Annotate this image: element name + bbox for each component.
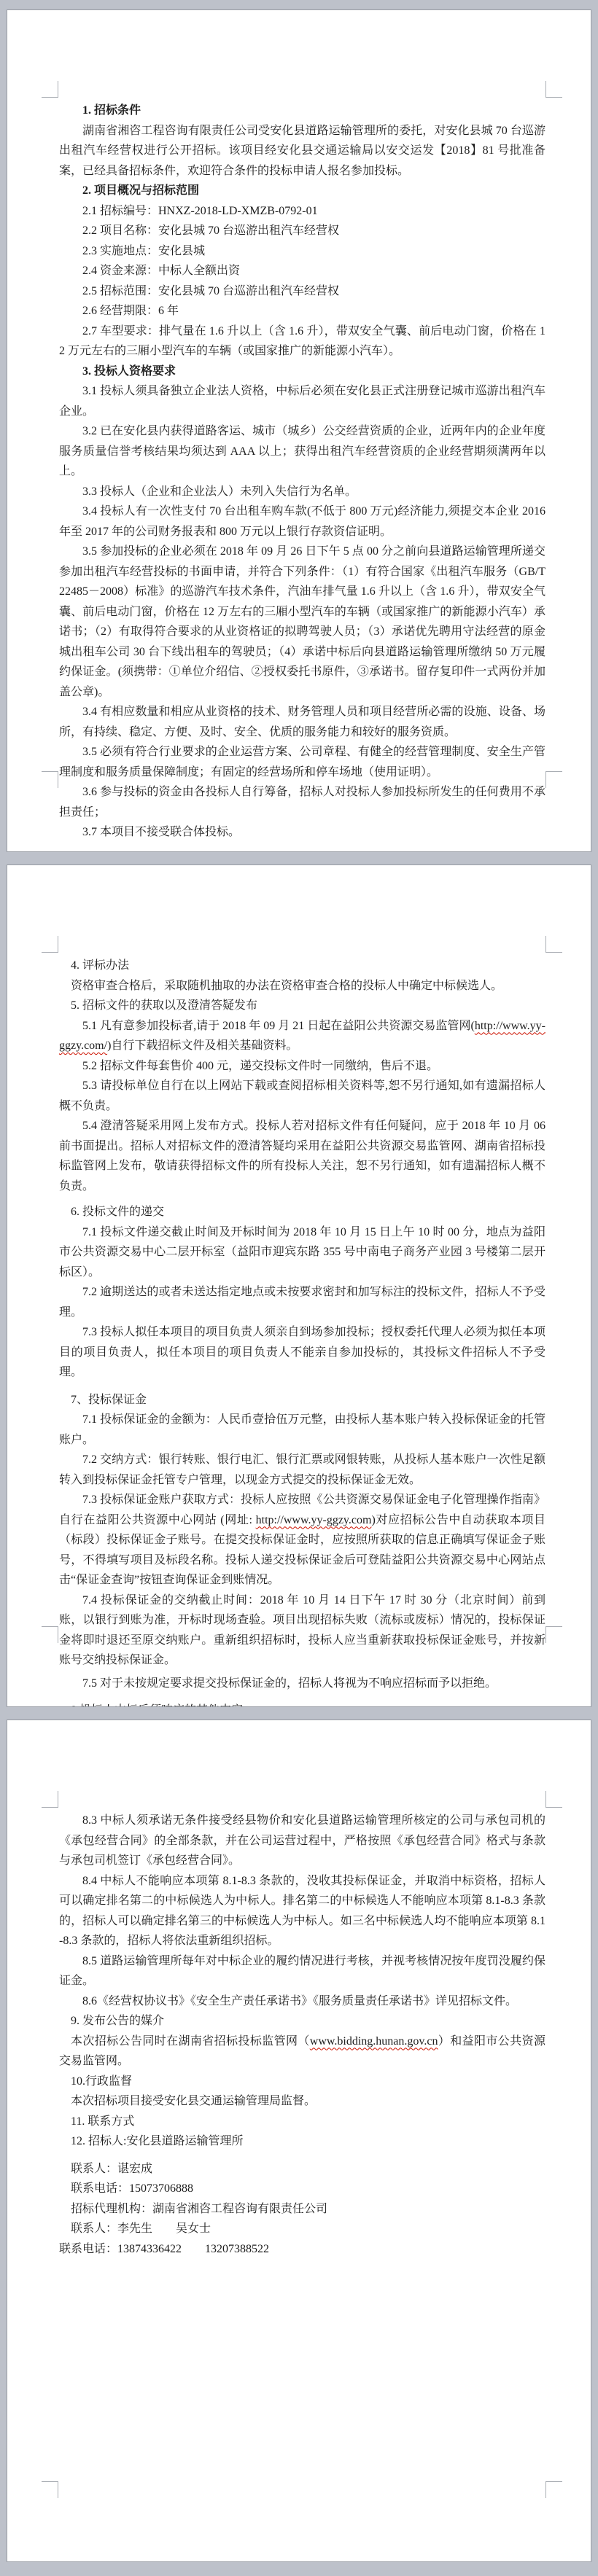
- paragraph: 7.1 投标文件递交截止时间及开标时间为 2018 年 10 月 15 日上午 …: [59, 1222, 545, 1283]
- text-run: 3.6 参与投标的资金由各投标人自行筹备，招标人对投标人参加投标所发生的任何费用…: [59, 786, 545, 819]
- text-run: 7.3 投标人拟任本项目的项目负责人须亲自到场参加投标；授权委托代理人必须为拟任…: [59, 1326, 545, 1378]
- text-run: 3.1 投标人须具备独立企业法人资格，中标后必须在安化县正式注册登记城市巡游出租…: [59, 385, 545, 418]
- paragraph: 2.4 资金来源：中标人全额出资: [59, 261, 545, 281]
- text-run: 本次招标公告同时在湖南省招标投标监管网（: [71, 2035, 310, 2048]
- margin-mark-bottom-right-icon: [545, 2481, 562, 2498]
- paragraph: 5.1 凡有意参加投标者,请于 2018 年 09 月 21 日起在益阳公共资源…: [59, 1016, 545, 1056]
- text-run: 10.行政监督: [71, 2075, 132, 2088]
- text-run: 5.3 请投标单位自行在以上网站下载或查阅招标相关资料等,恕不另行通知,如有遗漏…: [59, 1080, 545, 1112]
- margin-mark-top-left-icon: [42, 81, 58, 98]
- page-2-content: 4. 评标办法资格审查合格后，采取随机抽取的办法在资格审查合格的投标人中确定中标…: [59, 956, 545, 1707]
- text-run: 3.4 投标人有一次性支付 70 台出租车购车款(不低于 800 万元)经济能力…: [59, 505, 545, 538]
- paragraph: 3.4 有相应数量和相应从业资格的技术、财务管理人员和项目经营所必需的设施、设备…: [59, 702, 545, 742]
- text-run: 资格审查合格后，采取随机抽取的办法在资格审查合格的投标人中确定中标候选人。: [71, 980, 502, 992]
- document-page-3: 8.3 中标人须承诺无条件接受经县物价和安化县道路运输管理所核定的公司与承包司机…: [7, 1720, 591, 2562]
- paragraph: 2.3 实施地点：安化县城: [59, 241, 545, 262]
- paragraph: 3.5 必须有符合行业要求的企业运营方案、公司章程、有健全的经营管理制度、安全生…: [59, 742, 545, 782]
- text-run: 联系人：李先生 吴女士: [71, 2222, 211, 2235]
- paragraph: 8.4 中标人不能响应本项第 8.1-8.3 条款的，没收其投标保证金，并取消中…: [59, 1871, 545, 1951]
- text-run: )自行下载招标文件及相关基础资料。: [107, 1039, 298, 1052]
- text-run: 7、投标保证金: [71, 1394, 147, 1406]
- paragraph: 湖南省湘咨工程咨询有限责任公司受安化县道路运输管理所的委托，对安化县城 70 台…: [59, 121, 545, 182]
- paragraph: 3.1 投标人须具备独立企业法人资格，中标后必须在安化县正式注册登记城市巡游出租…: [59, 381, 545, 421]
- section-heading: 11. 联系方式: [59, 2112, 545, 2132]
- paragraph: 本次招标公告同时在湖南省招标投标监管网（www.bidding.hunan.go…: [59, 2031, 545, 2072]
- paragraph: 8.5 道路运输管理所每年对中标企业的履约情况进行考核，并视考核情况按年度罚没履…: [59, 1951, 545, 1991]
- text-run: 6. 投标文件的递交: [71, 1206, 164, 1218]
- paragraph: 5.3 请投标单位自行在以上网站下载或查阅招标相关资料等,恕不另行通知,如有遗漏…: [59, 1076, 545, 1116]
- text-run: 5. 招标文件的获取以及澄清答疑发布: [71, 999, 257, 1012]
- text-run: 招标代理机构：湖南省湘咨工程咨询有限责任公司: [71, 2203, 327, 2215]
- section-heading: 4. 评标办法: [59, 956, 545, 976]
- paragraph: 招标代理机构：湖南省湘咨工程咨询有限责任公司: [59, 2199, 545, 2220]
- text-run: 2. 项目概况与招标范围: [82, 184, 199, 197]
- paragraph: 3.2 已在安化县内获得道路客运、城市（城乡）公交经营资质的企业，近两年内的企业…: [59, 421, 545, 482]
- text-run: 3. 投标人资格要求: [82, 365, 176, 378]
- paragraph: 2.6 经营期限：6 年: [59, 301, 545, 321]
- paragraph: 2.1 招标编号：HNXZ-2018-LD-XMZB-0792-01: [59, 201, 545, 222]
- text-run: 9. 发布公告的媒介: [71, 2015, 164, 2027]
- margin-mark-top-left-icon: [42, 936, 58, 953]
- section-heading: 10.行政监督: [59, 2072, 545, 2092]
- paragraph: 联系电话：13874336422 13207388522: [59, 2239, 545, 2260]
- paragraph: 7.5 对于未按规定要求提交投标保证金的，招标人将视为不响应招标而予以拒绝。: [59, 1674, 545, 1694]
- document-viewer: { "document": { "background_color": "#bd…: [0, 0, 598, 2575]
- text-run: 8.投标人中标后须响应的其他内容: [71, 1704, 243, 1707]
- text-run: 12. 招标人:安化县道路运输管理所: [71, 2135, 243, 2147]
- section-heading: 3. 投标人资格要求: [59, 362, 545, 382]
- margin-mark-top-right-icon: [545, 1791, 562, 1808]
- text-run: 联系人：谌宏成: [71, 2163, 152, 2175]
- document-canvas: 1. 招标条件湖南省湘咨工程咨询有限责任公司受安化县道路运输管理所的委托，对安化…: [0, 0, 598, 2575]
- page-1-content: 1. 招标条件湖南省湘咨工程咨询有限责任公司受安化县道路运输管理所的委托，对安化…: [59, 101, 545, 843]
- paragraph: 2.5 招标范围：安化县城 70 台巡游出租汽车经营权: [59, 281, 545, 302]
- paragraph: 5.2 招标文件每套售价 400 元，递交投标文件时一同缴纳，售后不退。: [59, 1056, 545, 1077]
- paragraph: 3.7 本项目不接受联合体投标。: [59, 822, 545, 843]
- section-heading: 12. 招标人:安化县道路运输管理所: [59, 2131, 545, 2152]
- text-run: 2.4 资金来源：中标人全额出资: [82, 265, 240, 277]
- paragraph: 7.2 交纳方式：银行转账、银行电汇、银行汇票或网银转账，从投标人基本账户一次性…: [59, 1450, 545, 1490]
- document-page-1: 1. 招标条件湖南省湘咨工程咨询有限责任公司受安化县道路运输管理所的委托，对安化…: [7, 9, 591, 852]
- text-run: 7.2 逾期送达的或者未送达指定地点或未按要求密封和加写标注的投标文件，招标人不…: [59, 1286, 545, 1319]
- text-run: 3.3 投标人（企业和企业法人）未列入失信行为名单。: [82, 485, 357, 498]
- text-run: 7.2 交纳方式：银行转账、银行电汇、银行汇票或网银转账，从投标人基本账户一次性…: [59, 1453, 545, 1486]
- text-run: 4. 评标办法: [71, 959, 129, 972]
- paragraph: 3.5 参加投标的企业必须在 2018 年 09 月 26 日下午 5 点 00…: [59, 542, 545, 702]
- paragraph: 7.4 投标保证金的交纳截止时间：2018 年 10 月 14 日下午 17 时…: [59, 1591, 545, 1671]
- paragraph: 8.6《经营权协议书》《安全生产责任承诺书》《服务质量责任承诺书》详见招标文件。: [59, 1991, 545, 2012]
- text-run: 5.4 澄清答疑采用网上发布方式。投标人若对招标文件有任何疑问，应于 2018 …: [59, 1120, 545, 1193]
- margin-mark-bottom-left-icon: [42, 2481, 58, 2498]
- text-run: 3.2 已在安化县内获得道路客运、城市（城乡）公交经营资质的企业，近两年内的企业…: [59, 425, 545, 477]
- paragraph: 2.2 项目名称：安化县城 70 台巡游出租汽车经营权: [59, 221, 545, 241]
- text-run: 3.4 有相应数量和相应从业资格的技术、财务管理人员和项目经营所必需的设施、设备…: [59, 706, 545, 738]
- section-heading: 9. 发布公告的媒介: [59, 2011, 545, 2031]
- text-run: 11. 联系方式: [71, 2115, 134, 2128]
- text-run: 7.4 投标保证金的交纳截止时间：2018 年 10 月 14 日下午 17 时…: [59, 1594, 545, 1667]
- text-run: 8.4 中标人不能响应本项第 8.1-8.3 条款的，没收其投标保证金，并取消中…: [59, 1875, 545, 1948]
- text-run: 3.5 必须有符合行业要求的企业运营方案、公司章程、有健全的经营管理制度、安全生…: [59, 746, 545, 778]
- text-run: 联系电话：15073706888: [71, 2182, 193, 2195]
- paragraph: 7.2 逾期送达的或者未送达指定地点或未按要求密封和加写标注的投标文件，招标人不…: [59, 1282, 545, 1322]
- paragraph: 2.7 车型要求：排气量在 1.6 升以上（含 1.6 升），带双安全气囊、前后…: [59, 321, 545, 362]
- paragraph: 7.1 投标保证金的金额为：人民币壹拾伍万元整，由投标人基本账户转入投标保证金的…: [59, 1410, 545, 1450]
- text-run: 联系电话：13874336422 13207388522: [59, 2243, 269, 2255]
- text-run: 2.1 招标编号：HNXZ-2018-LD-XMZB-0792-01: [82, 205, 318, 217]
- section-heading: 8.投标人中标后须响应的其他内容: [59, 1701, 545, 1707]
- text-run: 3.7 本项目不接受联合体投标。: [82, 826, 240, 838]
- paragraph: 8.3 中标人须承诺无条件接受经县物价和安化县道路运输管理所核定的公司与承包司机…: [59, 1811, 545, 1871]
- text-run: 7.5 对于未按规定要求提交投标保证金的，招标人将视为不响应招标而予以拒绝。: [82, 1677, 497, 1690]
- text-run: 8.5 道路运输管理所每年对中标企业的履约情况进行考核，并视考核情况按年度罚没履…: [59, 1955, 545, 1988]
- margin-mark-top-left-icon: [42, 1791, 58, 1808]
- margin-mark-top-right-icon: [545, 81, 562, 98]
- paragraph: 联系人：谌宏成: [59, 2159, 545, 2179]
- text-run: 2.7 车型要求：排气量在 1.6 升以上（含 1.6 升），带双安全气囊、前后…: [59, 325, 545, 358]
- paragraph: 3.4 投标人有一次性支付 70 台出租车购车款(不低于 800 万元)经济能力…: [59, 501, 545, 542]
- paragraph: 联系人：李先生 吴女士: [59, 2219, 545, 2239]
- page-3-content: 8.3 中标人须承诺无条件接受经县物价和安化县道路运输管理所核定的公司与承包司机…: [59, 1811, 545, 2259]
- text-run: 2.5 招标范围：安化县城 70 台巡游出租汽车经营权: [82, 285, 339, 297]
- text-run: 8.3 中标人须承诺无条件接受经县物价和安化县道路运输管理所核定的公司与承包司机…: [59, 1814, 545, 1867]
- text-run: 本次招标项目接受安化县交通运输管理局监督。: [71, 2095, 316, 2107]
- margin-mark-bottom-left-icon: [42, 771, 58, 788]
- text-run: 5.1 凡有意参加投标者,请于 2018 年 09 月 21 日起在益阳公共资源…: [82, 1020, 475, 1032]
- document-page-2: 4. 评标办法资格审查合格后，采取随机抽取的办法在资格审查合格的投标人中确定中标…: [7, 864, 591, 1707]
- paragraph: 资格审查合格后，采取随机抽取的办法在资格审查合格的投标人中确定中标候选人。: [59, 976, 545, 996]
- paragraph: 7.3 投标保证金账户获取方式：投标人应按照《公共资源交易保证金电子化管理操作指…: [59, 1490, 545, 1591]
- section-heading: 5. 招标文件的获取以及澄清答疑发布: [59, 996, 545, 1016]
- margin-mark-bottom-right-icon: [545, 1626, 562, 1643]
- section-heading: 2. 项目概况与招标范围: [59, 181, 545, 201]
- paragraph: 3.3 投标人（企业和企业法人）未列入失信行为名单。: [59, 482, 545, 502]
- text-run: 2.3 实施地点：安化县城: [82, 245, 205, 257]
- text-run: 7.1 投标保证金的金额为：人民币壹拾伍万元整，由投标人基本账户转入投标保证金的…: [59, 1413, 545, 1446]
- text-run: 1. 招标条件: [82, 104, 141, 117]
- section-heading: 6. 投标文件的递交: [59, 1202, 545, 1222]
- margin-mark-bottom-right-icon: [545, 771, 562, 788]
- text-run: 3.5 参加投标的企业必须在 2018 年 09 月 26 日下午 5 点 00…: [59, 545, 545, 698]
- paragraph: 3.6 参与投标的资金由各投标人自行筹备，招标人对投标人参加投标所发生的任何费用…: [59, 782, 545, 822]
- paragraph: 7.3 投标人拟任本项目的项目负责人须亲自到场参加投标；授权委托代理人必须为拟任…: [59, 1322, 545, 1383]
- paragraph: 本次招标项目接受安化县交通运输管理局监督。: [59, 2091, 545, 2112]
- text-run: 7.1 投标文件递交截止时间及开标时间为 2018 年 10 月 15 日上午 …: [59, 1226, 545, 1279]
- text-run: 2.2 项目名称：安化县城 70 台巡游出租汽车经营权: [82, 225, 339, 237]
- text-run: 2.6 经营期限：6 年: [82, 305, 179, 317]
- margin-mark-top-right-icon: [545, 936, 562, 953]
- paragraph: 5.4 澄清答疑采用网上发布方式。投标人若对招标文件有任何疑问，应于 2018 …: [59, 1116, 545, 1196]
- url-text: www.bidding.hunan.gov.cn: [310, 2035, 438, 2048]
- url-text: http://www.yy-ggzy.com: [256, 1514, 372, 1526]
- section-heading: 7、投标保证金: [59, 1390, 545, 1410]
- margin-mark-bottom-left-icon: [42, 1626, 58, 1643]
- text-run: 8.6《经营权协议书》《安全生产责任承诺书》《服务质量责任承诺书》详见招标文件。: [82, 1995, 517, 2007]
- paragraph: 联系电话：15073706888: [59, 2179, 545, 2199]
- text-run: 湖南省湘咨工程咨询有限责任公司受安化县道路运输管理所的委托，对安化县城 70 台…: [59, 125, 545, 177]
- text-run: 5.2 招标文件每套售价 400 元，递交投标文件时一同缴纳，售后不退。: [82, 1060, 438, 1072]
- section-heading: 1. 招标条件: [59, 101, 545, 121]
